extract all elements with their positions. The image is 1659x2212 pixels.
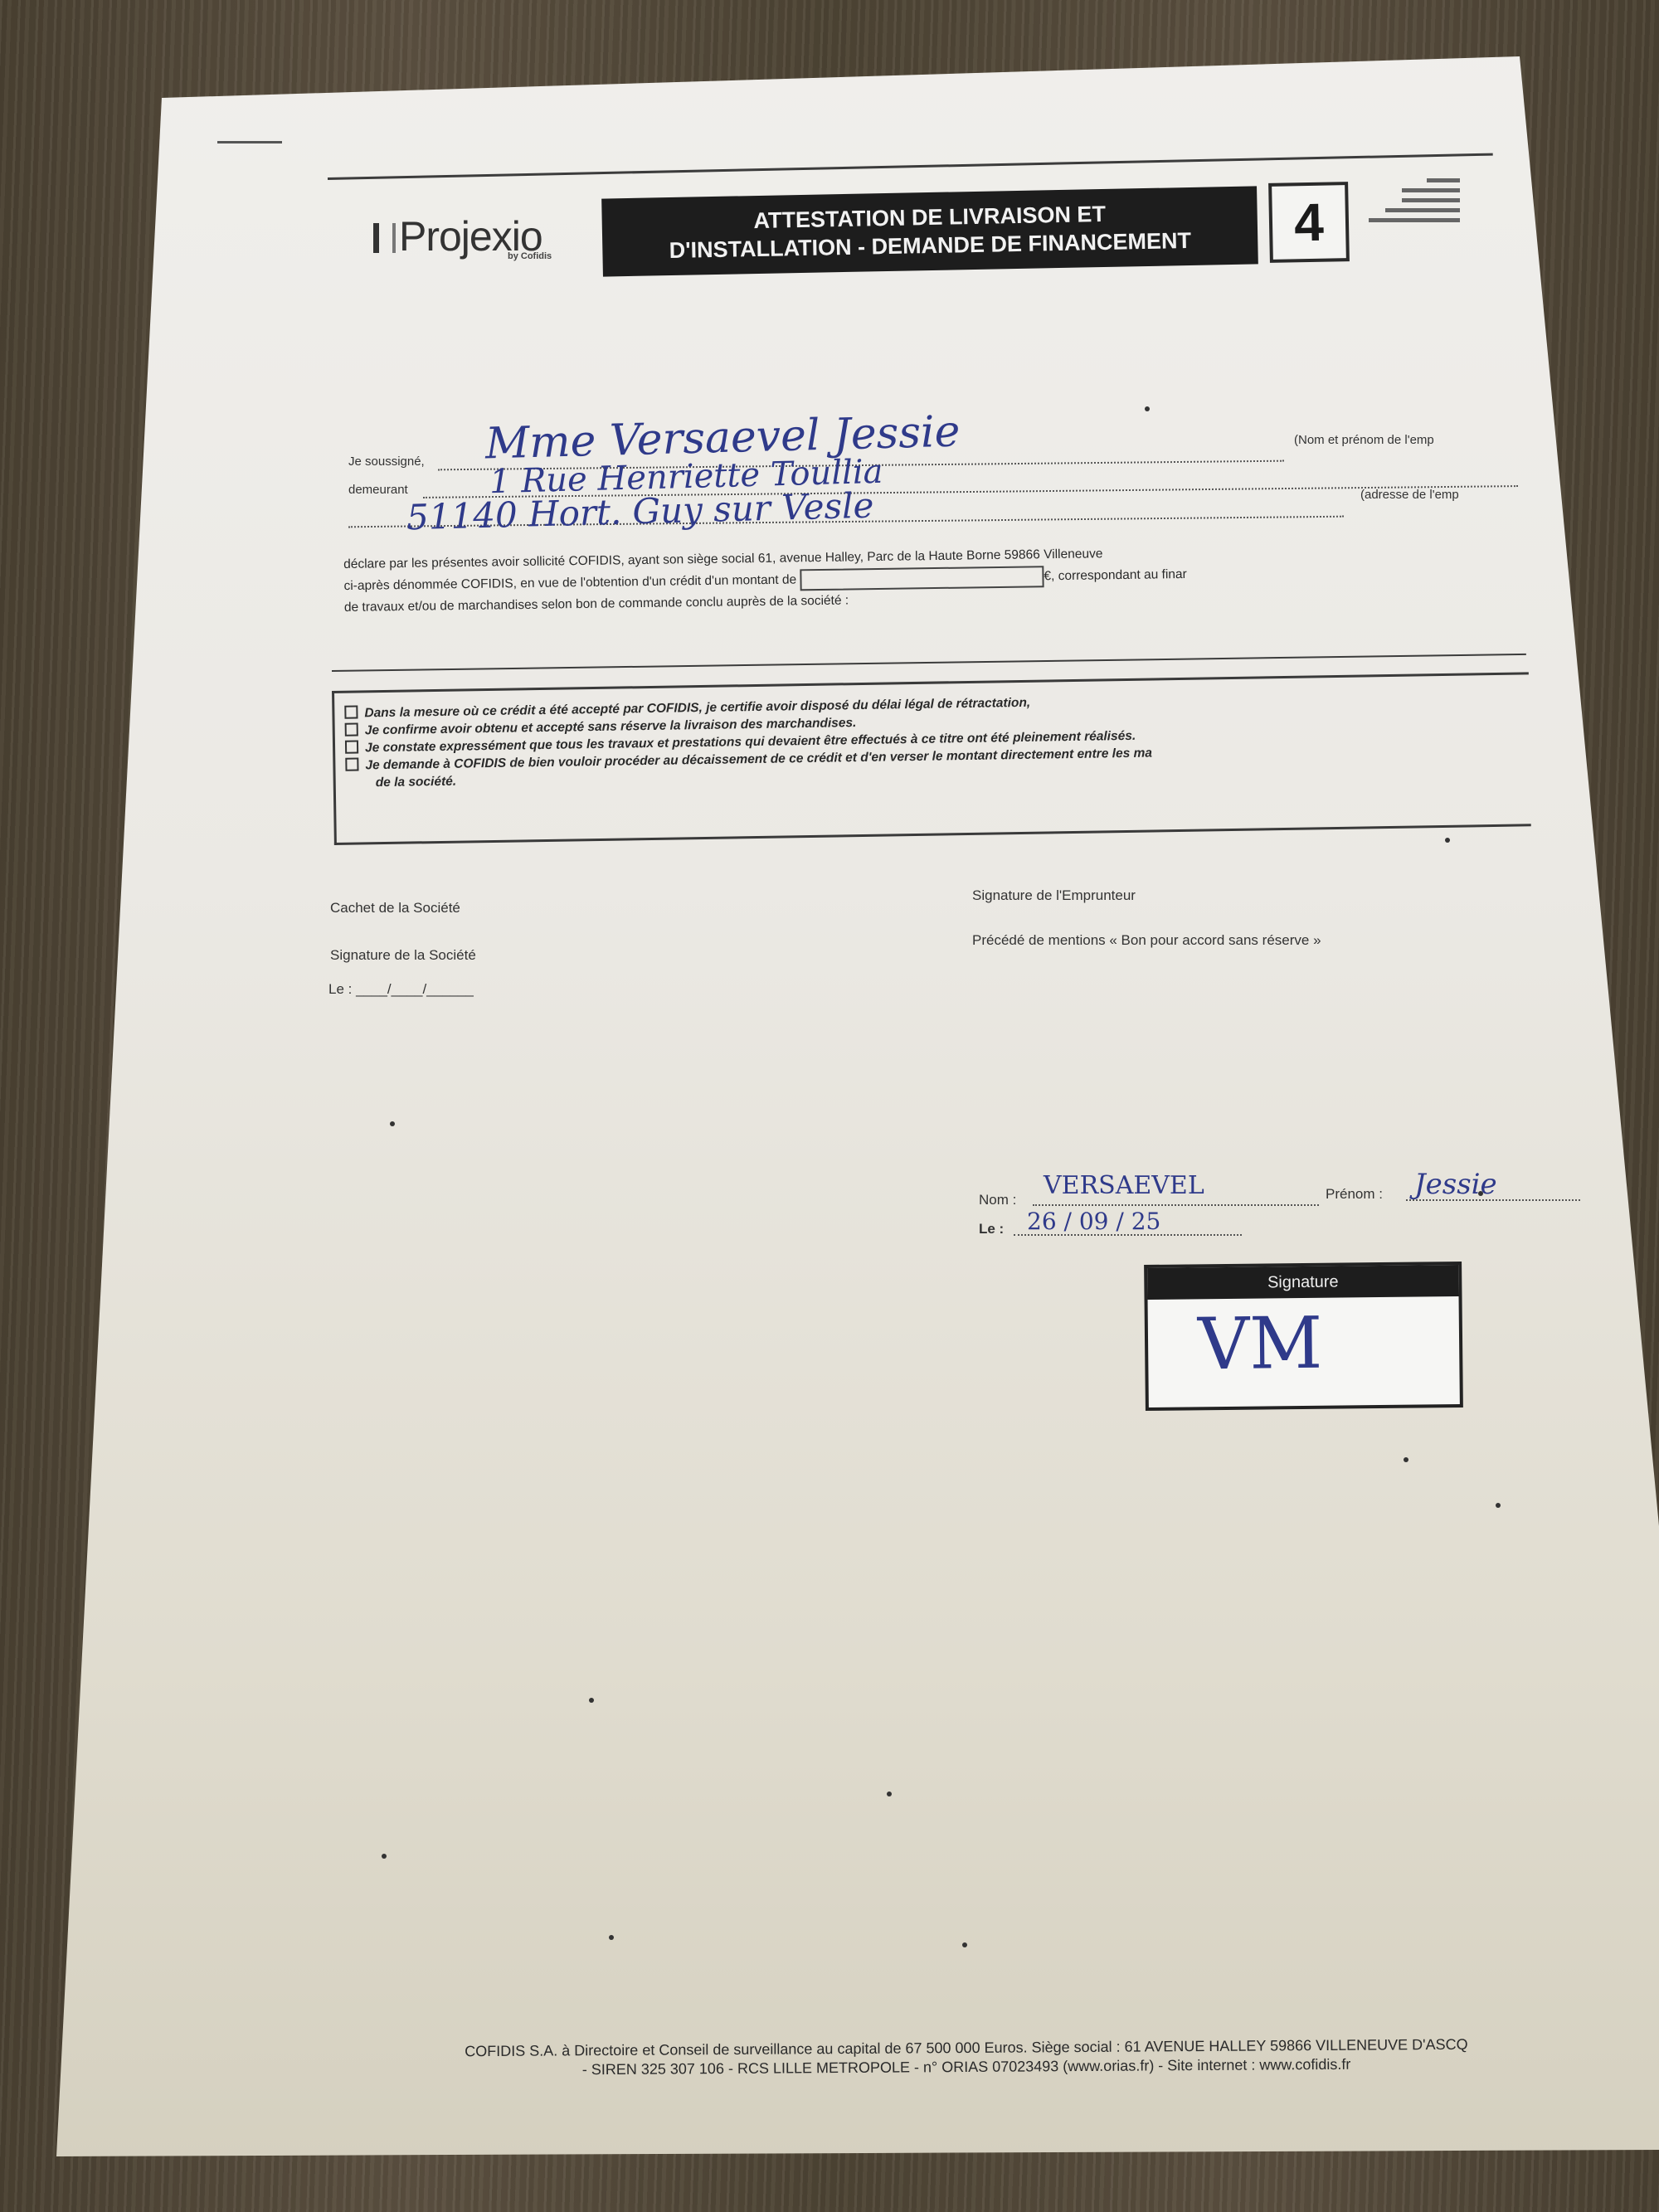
nom-field-line[interactable] (1033, 1204, 1319, 1206)
paper-speck (887, 1791, 892, 1796)
paper-speck (1478, 1191, 1483, 1196)
credit-amount-field[interactable] (800, 566, 1044, 591)
paper-speck (1496, 1503, 1501, 1508)
paper-speck (1404, 1457, 1408, 1462)
checkbox[interactable] (345, 741, 358, 754)
declaration-line-2-suffix: €, correspondant au finar (1044, 567, 1187, 583)
company-stamp-label: Cachet de la Société (330, 900, 460, 916)
form-title: ATTESTATION DE LIVRAISON ET D'INSTALLATI… (601, 186, 1258, 276)
corner-mark (217, 141, 282, 143)
signature-mark: VM (1148, 1296, 1460, 1391)
signature-box[interactable]: Signature VM (1144, 1262, 1463, 1411)
checkbox[interactable] (345, 723, 358, 737)
prenom-handwritten: Jessie (1414, 1168, 1497, 1201)
logo-bars-icon (373, 223, 396, 253)
checklist-box: Dans la mesure où ce crédit a été accept… (332, 672, 1531, 845)
declaration-line-2-text: ci-après dénommée COFIDIS, en vue de l'o… (343, 572, 796, 593)
date-label: Le : (979, 1221, 1004, 1237)
company-date-field[interactable]: Le : ____/____/______ (328, 981, 474, 998)
paper-speck (609, 1935, 614, 1940)
prenom-label: Prénom : (1326, 1186, 1383, 1203)
paper-speck (390, 1121, 395, 1126)
paper-speck (962, 1942, 967, 1947)
checkbox[interactable] (345, 758, 358, 771)
logo-subtitle: by Cofidis (508, 251, 552, 261)
label-residing: demeurant (348, 483, 408, 497)
reference-code-block (1369, 178, 1460, 228)
nom-handwritten: VERSAEVEL (1044, 1171, 1204, 1200)
paper-speck (1145, 406, 1150, 411)
signature-box-title: Signature (1147, 1265, 1458, 1300)
paper-speck (382, 1854, 387, 1859)
hint-name: (Nom et prénom de l'emp (1294, 433, 1434, 447)
company-signature-label: Signature de la Société (330, 947, 476, 964)
form-number-badge: 4 (1268, 182, 1350, 263)
paper-document (0, 0, 1659, 2212)
paper-speck (1445, 838, 1450, 843)
nom-label: Nom : (979, 1192, 1016, 1208)
date-handwritten: 26 / 09 / 25 (1027, 1208, 1160, 1235)
borrower-mention-label: Précédé de mentions « Bon pour accord sa… (972, 932, 1321, 949)
paper-speck (589, 1698, 594, 1703)
label-undersigned: Je soussigné, (348, 455, 425, 469)
borrower-signature-label: Signature de l'Emprunteur (972, 887, 1136, 904)
hint-address: (adresse de l'emp (1360, 488, 1459, 502)
checkbox[interactable] (344, 706, 358, 719)
